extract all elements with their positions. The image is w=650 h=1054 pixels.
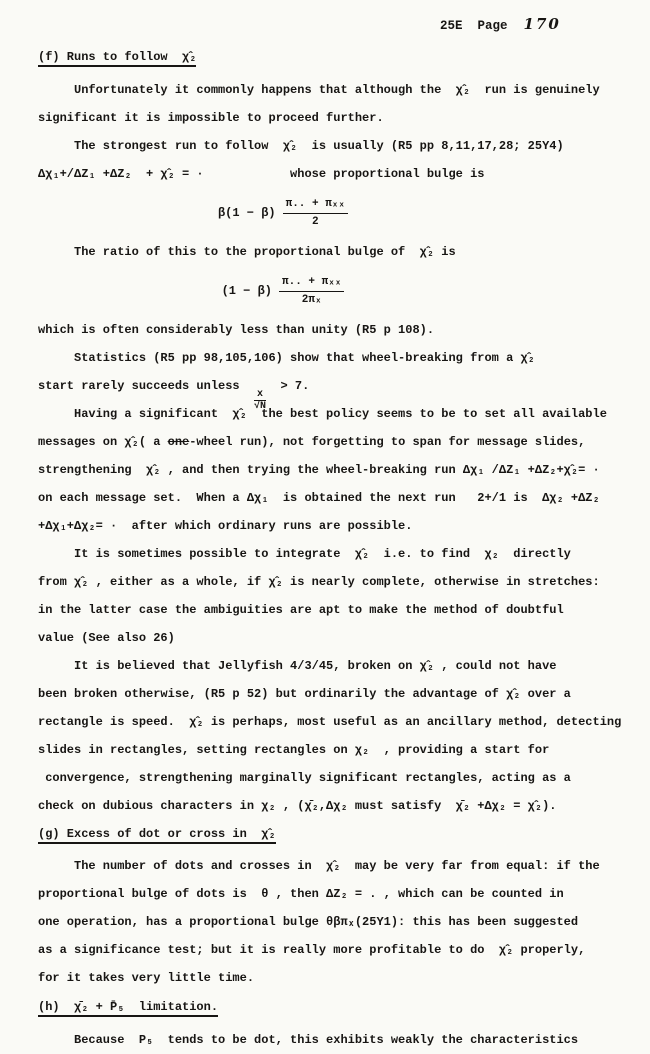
text-line: which is often considerably less than un… [38, 316, 650, 344]
text-line: The number of dots and crosses in χ̂₂ ma… [38, 852, 650, 880]
text-line: The ratio of this to the proportional bu… [38, 238, 650, 266]
section-heading-h: (h) χ̄₂ + P̄₅ limitation. [38, 992, 650, 1026]
text-line: proportional bulge of dots is θ , then Δ… [38, 880, 650, 908]
text-line: Unfortunately it commonly happens that a… [38, 76, 650, 104]
page-header: 25E Page170 [38, 12, 650, 42]
text-line: convergence, strengthening marginally si… [38, 764, 650, 792]
formula-prefix: β(1 − β) [218, 206, 276, 220]
fraction-denominator: 2πₓ [279, 292, 344, 308]
text-line: Having a significant χ̂₂ the best policy… [38, 400, 650, 428]
text-line: for it takes very little time. [38, 964, 650, 992]
text-line: Statistics (R5 pp 98,105,106) show that … [38, 344, 650, 372]
formula-prefix: (1 − β) [222, 284, 272, 298]
fraction-numerator: π.. + πₓₓ [283, 197, 348, 214]
display-formula-bulge: β(1 − β)π.. + πₓₓ2 [38, 188, 528, 238]
text-line: It is sometimes possible to integrate χ̂… [38, 540, 650, 568]
text-line: slides in rectangles, setting rectangles… [38, 736, 650, 764]
text-line: as a significance test; but it is really… [38, 936, 650, 964]
section-ref: 25E Page [440, 19, 508, 33]
text-line: messages on χ̂₂( a one-wheel run), not f… [38, 428, 650, 456]
fraction-denominator: 2 [283, 214, 348, 230]
heading-underlined-text: (f) Runs to follow χ̂₂ [38, 50, 196, 67]
text-segment: start rarely succeeds unless [38, 379, 254, 393]
display-formula-ratio: (1 − β)π.. + πₓₓ2πₓ [38, 266, 528, 316]
section-heading-g: (g) Excess of dot or cross in χ̂₂ [38, 820, 650, 852]
text-line: Δχ₁+/ΔZ₁ +ΔZ₂ + χ̂₂ = · whose proportion… [38, 160, 650, 188]
text-line: on each message set. When a Δχ₁ is obtai… [38, 484, 650, 512]
struck-out-word: one [168, 435, 190, 449]
text-line: in the latter case the ambiguities are a… [38, 596, 650, 624]
text-segment: messages on χ̂₂( a [38, 435, 168, 449]
text-segment: > 7. [266, 379, 309, 393]
text-line: from χ̂₂ , either as a whole, if χ̂₂ is … [38, 568, 650, 596]
text-line: The strongest run to follow χ̂₂ is usual… [38, 132, 650, 160]
text-line: value (See also 26) [38, 624, 650, 652]
text-segment: -wheel run), not forgetting to span for … [189, 435, 585, 449]
page-number: 170 [524, 15, 561, 33]
fraction-numerator: π.. + πₓₓ [279, 275, 344, 292]
text-line: been broken otherwise, (R5 p 52) but ord… [38, 680, 650, 708]
heading-underlined-text: (h) χ̄₂ + P̄₅ limitation. [38, 1000, 218, 1017]
text-line: It is believed that Jellyfish 4/3/45, br… [38, 652, 650, 680]
text-line: check on dubious characters in χ₂ , (χ̄₂… [38, 792, 650, 820]
document-page: 25E Page170 (f) Runs to follow χ̂₂ Unfor… [0, 0, 650, 1054]
text-line: Because P₅ tends to be dot, this exhibit… [38, 1026, 650, 1054]
fraction: π.. + πₓₓ2 [283, 197, 348, 230]
text-line: start rarely succeeds unless x√N > 7. [38, 372, 650, 400]
section-heading-f: (f) Runs to follow χ̂₂ [38, 42, 650, 76]
text-line: significant it is impossible to proceed … [38, 104, 650, 132]
fraction: π.. + πₓₓ2πₓ [279, 275, 344, 308]
text-line: +Δχ₁+Δχ₂= · after which ordinary runs ar… [38, 512, 650, 540]
text-line: one operation, has a proportional bulge … [38, 908, 650, 936]
text-line: strengthening χ̂₂ , and then trying the … [38, 456, 650, 484]
heading-underlined-text: (g) Excess of dot or cross in χ̂₂ [38, 827, 276, 844]
text-line: rectangle is speed. χ̂₂ is perhaps, most… [38, 708, 650, 736]
